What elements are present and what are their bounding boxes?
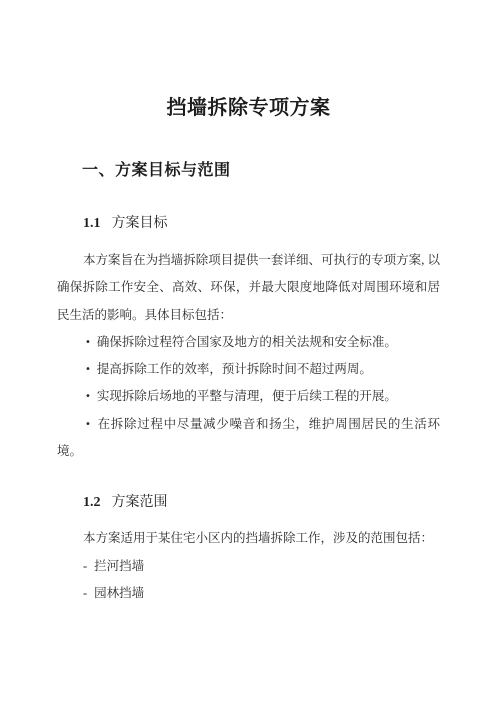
subsection-title: 方案范围: [112, 495, 168, 510]
dash-marker: -: [83, 559, 87, 573]
subsection-heading-1-1: 1.1方案目标: [57, 212, 440, 236]
subsection-heading-1-2: 1.2方案范围: [57, 491, 440, 515]
subsection-number: 1.2: [83, 495, 101, 510]
bullet-item: •确保拆除过程符合国家及地方的相关法规和安全标准。: [57, 329, 440, 356]
subsection-title: 方案目标: [112, 216, 168, 231]
document-page: 挡墙拆除专项方案 一、方案目标与范围 1.1方案目标 本方案旨在为挡墙拆除项目提…: [0, 0, 500, 707]
scope-intro-paragraph: 本方案适用于某住宅小区内的挡墙拆除工作，涉及的范围包括：: [57, 525, 440, 552]
list-item: -园林挡墙: [57, 580, 440, 607]
bullet-text: 确保拆除过程符合国家及地方的相关法规和安全标准。: [97, 335, 397, 349]
bullet-item: •实现拆除后场地的平整与清理，便于后续工程的开展。: [57, 383, 440, 410]
document-title: 挡墙拆除专项方案: [57, 94, 440, 122]
bullet-text: 实现拆除后场地的平整与清理，便于后续工程的开展。: [97, 389, 397, 403]
subsection-number: 1.1: [83, 216, 101, 231]
list-item-text: 拦河挡墙: [94, 559, 144, 573]
bullet-text: 在拆除过程中尽量减少噪音和扬尘，维护周围居民的生活环境。: [57, 417, 440, 458]
bullet-text: 提高拆除工作的效率，预计拆除时间不超过两周。: [97, 362, 372, 376]
bullet-icon: •: [85, 419, 91, 430]
bullet-icon: •: [85, 337, 91, 348]
dash-marker: -: [83, 586, 87, 600]
section-heading: 一、方案目标与范围: [57, 159, 440, 183]
list-item-text: 园林挡墙: [94, 586, 144, 600]
bullet-item: •在拆除过程中尽量减少噪音和扬尘，维护周围居民的生活环境。: [57, 411, 440, 466]
bullet-icon: •: [85, 364, 91, 375]
list-item: -拦河挡墙: [57, 553, 440, 580]
objectives-intro-paragraph: 本方案旨在为挡墙拆除项目提供一套详细、可执行的专项方案, 以确保拆除工作安全、高…: [57, 247, 440, 329]
bullet-icon: •: [85, 391, 91, 402]
bullet-item: •提高拆除工作的效率，预计拆除时间不超过两周。: [57, 356, 440, 383]
